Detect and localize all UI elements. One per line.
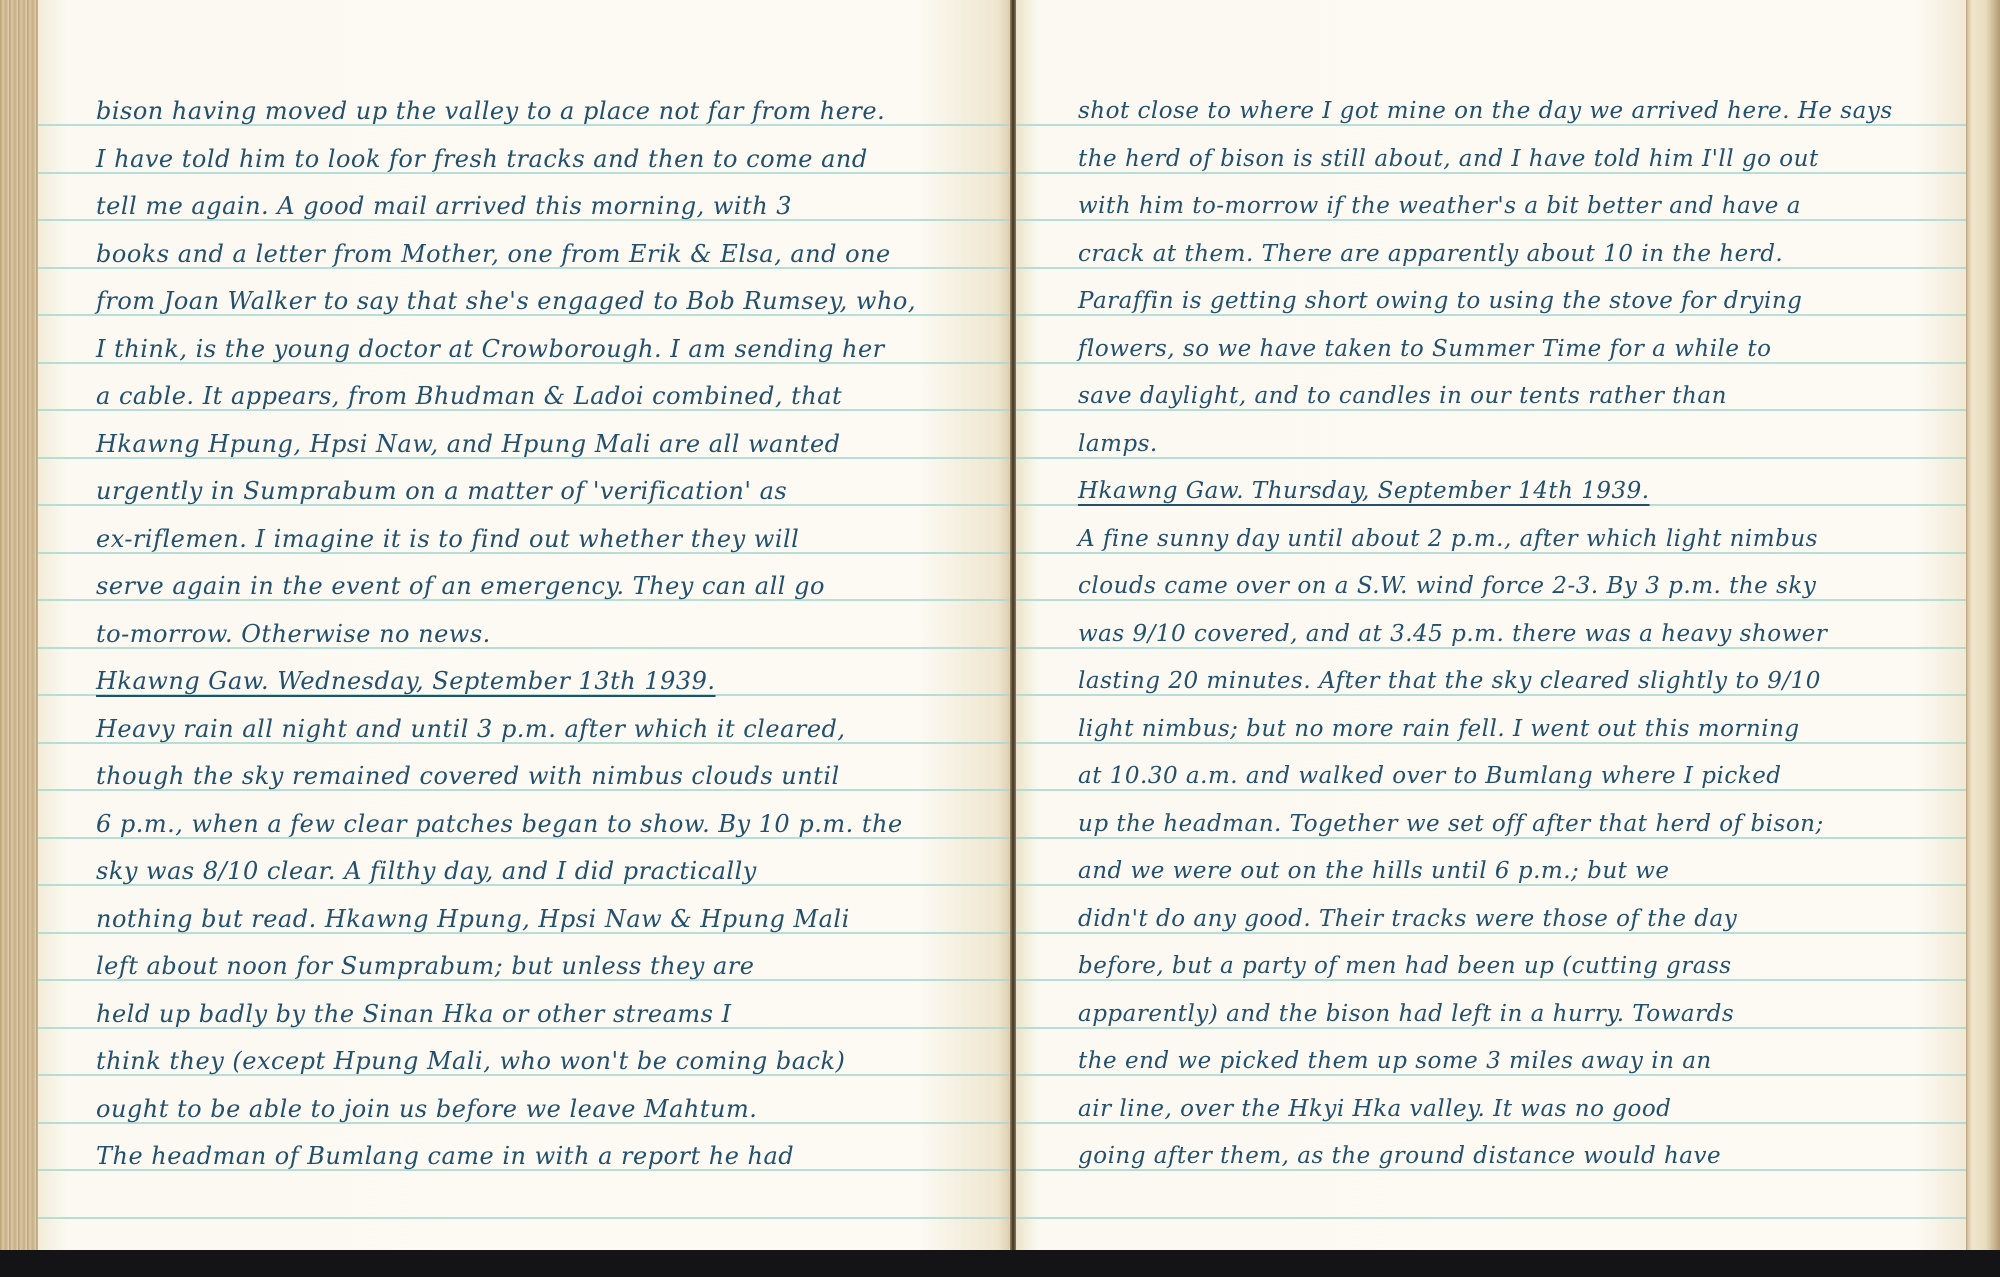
handwritten-line: I think, is the young doctor at Crowboro… <box>96 334 885 364</box>
handwritten-line: before, but a party of men had been up (… <box>1078 951 1732 981</box>
handwritten-line: air line, over the Hkyi Hka valley. It w… <box>1078 1094 1671 1124</box>
handwritten-line: save daylight, and to candles in our ten… <box>1078 381 1727 411</box>
handwritten-line: with him to-morrow if the weather's a bi… <box>1078 191 1801 221</box>
handwritten-line: held up badly by the Sinan Hka or other … <box>96 999 732 1029</box>
diary-entry-heading: Hkawng Gaw. Thursday, September 14th 193… <box>1078 476 1650 506</box>
handwritten-line: bison having moved up the valley to a pl… <box>96 96 885 126</box>
handwritten-line: Heavy rain all night and until 3 p.m. af… <box>96 714 846 744</box>
handwritten-line: left about noon for Sumprabum; but unles… <box>96 951 754 981</box>
handwritten-line: lamps. <box>1078 429 1158 459</box>
handwritten-line: A fine sunny day until about 2 p.m., aft… <box>1078 524 1818 554</box>
background-surface <box>0 1250 2000 1277</box>
handwritten-line: Paraffin is getting short owing to using… <box>1078 286 1802 316</box>
ruled-line <box>1016 1217 1966 1219</box>
handwritten-line: and we were out on the hills until 6 p.m… <box>1078 856 1669 886</box>
handwritten-line: though the sky remained covered with nim… <box>96 761 840 791</box>
open-notebook: bison having moved up the valley to a pl… <box>0 0 2000 1250</box>
handwritten-line: I have told him to look for fresh tracks… <box>96 144 868 174</box>
handwritten-line: ex-riflemen. I imagine it is to find out… <box>96 524 799 554</box>
handwritten-line: think they (except Hpung Mali, who won't… <box>96 1046 845 1076</box>
page-edges-right <box>1966 0 2000 1250</box>
right-page: shot close to where I got mine on the da… <box>1016 0 1966 1250</box>
handwritten-line: ought to be able to join us before we le… <box>96 1094 757 1124</box>
handwritten-line: The headman of Bumlang came in with a re… <box>96 1141 794 1171</box>
page-edges-left <box>0 0 38 1250</box>
handwritten-line: didn't do any good. Their tracks were th… <box>1078 904 1737 934</box>
ruled-line <box>38 1217 1013 1219</box>
handwritten-line: books and a letter from Mother, one from… <box>96 239 891 269</box>
handwritten-line: crack at them. There are apparently abou… <box>1078 239 1783 269</box>
handwritten-line: shot close to where I got mine on the da… <box>1078 96 1893 126</box>
handwritten-line: nothing but read. Hkawng Hpung, Hpsi Naw… <box>96 904 850 934</box>
handwritten-line: Hkawng Hpung, Hpsi Naw, and Hpung Mali a… <box>96 429 841 459</box>
handwritten-line: sky was 8/10 clear. A filthy day, and I … <box>96 856 757 886</box>
handwritten-line: up the headman. Together we set off afte… <box>1078 809 1824 839</box>
handwritten-line: the end we picked them up some 3 miles a… <box>1078 1046 1712 1076</box>
handwritten-line: lasting 20 minutes. After that the sky c… <box>1078 666 1821 696</box>
diary-entry-heading: Hkawng Gaw. Wednesday, September 13th 19… <box>96 666 716 696</box>
handwritten-line: urgently in Sumprabum on a matter of 've… <box>96 476 787 506</box>
handwritten-line: was 9/10 covered, and at 3.45 p.m. there… <box>1078 619 1827 649</box>
handwritten-line: the herd of bison is still about, and I … <box>1078 144 1819 174</box>
handwritten-line: from Joan Walker to say that she's engag… <box>96 286 916 316</box>
handwritten-line: tell me again. A good mail arrived this … <box>96 191 792 221</box>
handwritten-line: a cable. It appears, from Bhudman & Lado… <box>96 381 842 411</box>
handwritten-line: serve again in the event of an emergency… <box>96 571 825 601</box>
ruled-line <box>1016 457 1966 459</box>
handwritten-line: at 10.30 a.m. and walked over to Bumlang… <box>1078 761 1782 791</box>
handwritten-line: flowers, so we have taken to Summer Time… <box>1078 334 1771 364</box>
left-page: bison having moved up the valley to a pl… <box>38 0 1013 1250</box>
handwritten-line: 6 p.m., when a few clear patches began t… <box>96 809 903 839</box>
handwritten-line: to-morrow. Otherwise no news. <box>96 619 491 649</box>
handwritten-line: light nimbus; but no more rain fell. I w… <box>1078 714 1800 744</box>
handwritten-line: clouds came over on a S.W. wind force 2-… <box>1078 571 1816 601</box>
handwritten-line: going after them, as the ground distance… <box>1078 1141 1721 1171</box>
handwritten-line: apparently) and the bison had left in a … <box>1078 999 1734 1029</box>
